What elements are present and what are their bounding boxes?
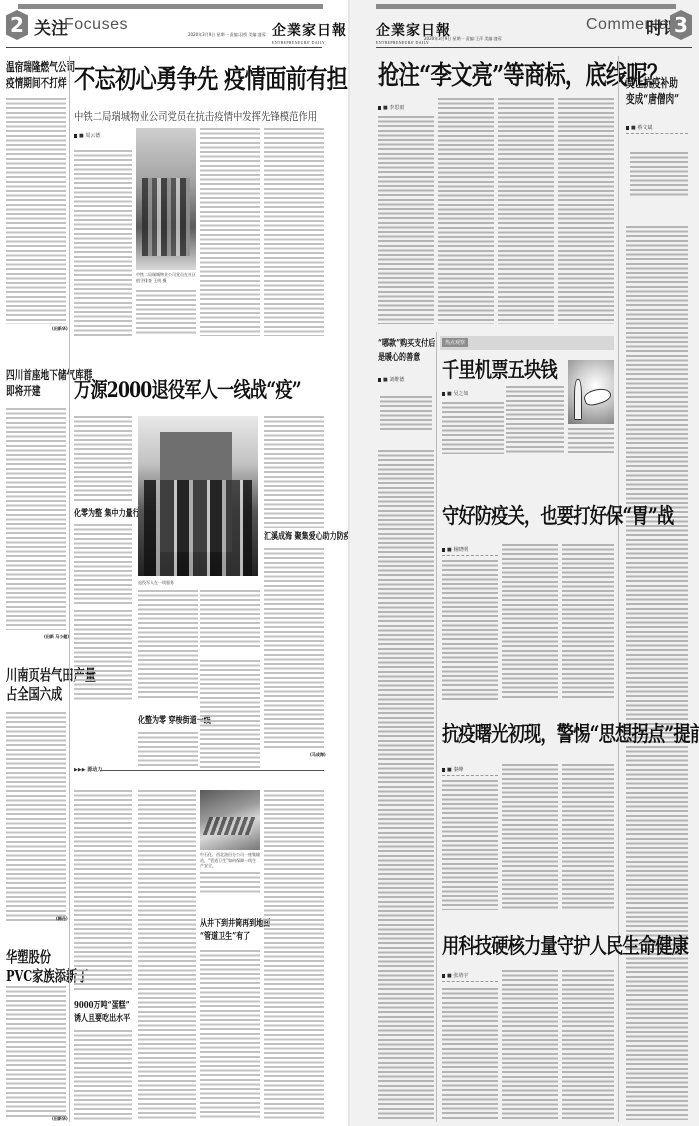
article-body <box>562 970 614 1120</box>
article-body <box>264 128 324 336</box>
column-divider <box>618 56 619 1122</box>
page-number-badge: 2 <box>6 10 28 40</box>
article-body <box>562 764 614 910</box>
article-body <box>138 732 198 768</box>
article-body <box>626 226 688 1120</box>
article-body <box>74 416 132 502</box>
page-number-badge: 3 <box>670 10 692 40</box>
story-4-byline: ■ 张靖宇 <box>442 972 498 982</box>
article-body <box>6 98 66 324</box>
section-marker: ▶▶▶ 源动力 <box>74 766 102 773</box>
article-body <box>438 98 494 324</box>
article-body <box>6 712 66 922</box>
article-body <box>502 970 558 1120</box>
section-box-label: 热点观察 <box>442 338 468 347</box>
left-column-lead <box>380 396 432 432</box>
article-body <box>502 544 558 700</box>
article-body <box>200 128 260 336</box>
article-body <box>264 548 324 748</box>
article-body <box>568 428 614 454</box>
article-body <box>138 590 198 700</box>
editorial-byline: ■ 李思雨 <box>378 104 404 111</box>
article-body <box>498 98 554 324</box>
sidebar-headline: 温宿瑞隆燃气公司 疫情期间不打烊 <box>6 60 75 91</box>
bottom-photo <box>200 790 260 850</box>
lead-byline: ■ 周云德 <box>74 132 100 139</box>
header-rule <box>376 47 692 48</box>
article-body <box>138 790 196 1120</box>
dateline: 2020年3月9日 星期一 责编:王萍 美编:盛蓉 <box>424 36 502 42</box>
article-signoff: (田新 马小健) <box>44 634 69 640</box>
story-4-headline: 用科技硬核力量守护人民生命健康 <box>442 934 688 957</box>
left-column-headline: “哪款”购买支付后 是暖心的善意 <box>378 338 435 365</box>
section-divider <box>100 770 324 771</box>
photo-caption: 中铁二局瑞城物业公司党员在社区值守排查 王明 摄 <box>136 272 198 283</box>
article-body <box>378 116 434 324</box>
photo-caption: 中石化、西北油田分公司一座集输站，“管道卫生”如何保障一线生产安全。 <box>200 852 260 869</box>
masthead: 企業家日報 <box>272 20 347 40</box>
second-subhead: 汇溪成海 聚集爱心助力防疫 <box>264 533 351 543</box>
story-3-headline: 抗疫曙光初现，警惕“思想拐点”提前 <box>442 722 699 745</box>
article-body <box>74 790 132 990</box>
section-title-cn: 关注 <box>34 14 68 39</box>
section-title-en: Focuses <box>64 16 128 34</box>
article-body <box>442 402 504 454</box>
article-body <box>6 408 66 630</box>
second-headline: 万源2000退役军人一线战“疫” <box>74 378 301 401</box>
article-body <box>558 98 614 324</box>
article-body <box>74 150 132 336</box>
photo-caption: 退役军人在一线服务 <box>138 580 174 586</box>
section-box: 热点观察 <box>440 336 614 350</box>
bottom-headline: 从井下到井筒再到地面 “管道卫生”有了 <box>200 918 270 943</box>
article-body <box>74 1030 132 1120</box>
bottom-headline: 9000万吨“蛋糕” 诱人且要吃出水平 <box>74 1000 130 1025</box>
story-1-headline: 千里机票五块钱 <box>442 358 557 381</box>
second-photo <box>138 416 258 576</box>
header-bar <box>376 4 676 9</box>
story-1-byline: ■ 吴之如 <box>442 390 468 397</box>
article-body <box>562 544 614 700</box>
article-body <box>442 988 498 1120</box>
side-column-lead <box>630 152 688 198</box>
story-3-byline: ■ 秦峰 <box>442 766 498 776</box>
story-2-byline: ■ 杨晓明 <box>442 546 498 556</box>
article-body <box>378 450 434 1120</box>
article-body <box>506 386 564 454</box>
article-body <box>264 790 324 1120</box>
article-body <box>200 872 260 894</box>
left-page: 2 关注 Focuses 2020年3月9日 星期一 责编:羽桥 美编:盛蓉 企… <box>0 0 349 1126</box>
article-body <box>442 560 498 700</box>
side-column-headline: 莫让抗疫补助 变成“唐僧肉” <box>626 76 679 107</box>
right-page: 企業家日報 ENTREPRENEURS' DAILY 2020年3月9日 星期一… <box>350 0 699 1126</box>
header-rule <box>6 47 322 48</box>
dateline: 2020年3月9日 星期一 责编:羽桥 美编:盛蓉 <box>188 32 266 38</box>
article-body <box>74 524 132 606</box>
story-2-headline: 守好防疫关，也要打好保“胃”战 <box>442 504 673 527</box>
article-body <box>136 290 196 336</box>
article-body <box>264 416 324 528</box>
cartoon-illustration <box>568 360 614 424</box>
header-bar <box>18 4 323 9</box>
article-body <box>6 986 66 1118</box>
article-signoff: (马成海) <box>310 752 326 758</box>
article-body <box>200 590 260 650</box>
article-signoff: (田新华) <box>52 326 68 332</box>
left-column-byline: ■ 刘维德 <box>378 376 404 383</box>
lead-photo <box>136 128 196 270</box>
column-divider <box>436 332 437 1122</box>
lead-subheadline: 中铁二局瑞城物业公司党员在抗击疫情中发挥先锋模范作用 <box>74 108 317 124</box>
masthead-en: ENTREPRENEURS' DAILY <box>376 40 429 45</box>
article-signoff: (田新华) <box>52 1116 68 1122</box>
article-body <box>200 660 260 768</box>
article-body <box>200 950 260 1120</box>
article-body <box>502 764 558 910</box>
article-body <box>74 610 132 700</box>
article-signoff: (韩丹) <box>56 916 68 922</box>
masthead-en: ENTREPRENEURS' DAILY <box>272 40 325 45</box>
side-column-byline: ■ 蔡文斌 <box>626 124 688 134</box>
editorial-headline: 抢注“李文亮”等商标，底线呢？ <box>378 62 667 91</box>
second-subhead: 化零为整 集中力量行动 <box>74 510 147 520</box>
lead-headline: 不忘初心勇争先 疫情面前有担当 <box>74 66 368 95</box>
article-body <box>442 780 498 910</box>
column-divider <box>69 56 70 1122</box>
